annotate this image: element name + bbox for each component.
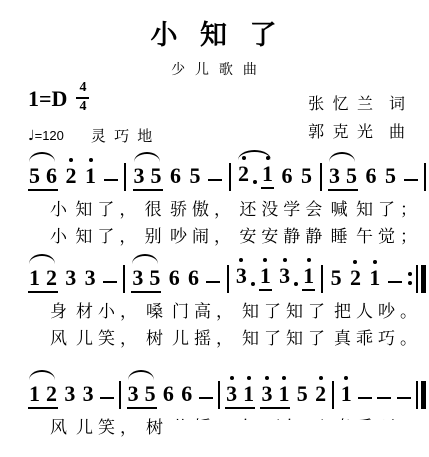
barline <box>218 381 220 409</box>
lyric-segment: 还没学会 <box>239 195 327 220</box>
lyric-segment: 风 <box>50 324 72 349</box>
key-and-tempo: 1=D 4 4 ♩=120 灵 巧 地 <box>28 83 152 145</box>
note: 1 <box>302 265 315 291</box>
barline <box>123 265 125 293</box>
note: 1 <box>28 383 41 407</box>
lyric-segment: 真乖巧。 <box>334 324 422 349</box>
lyric-segment: 午觉； <box>356 222 422 247</box>
note: 2 <box>349 267 362 293</box>
lyric-segment: 身 <box>50 297 72 322</box>
lyric-segment: 风 <box>50 413 72 438</box>
duration-dash <box>208 179 222 182</box>
note: 1 <box>277 383 290 407</box>
lyric-row: 小知了，很骄傲，还没学会喊知了； <box>50 195 422 220</box>
duration-dash <box>199 397 213 400</box>
note: 5 <box>345 165 358 189</box>
note: 2 <box>237 163 250 189</box>
duration-dash <box>206 281 220 284</box>
barline <box>424 163 426 191</box>
note: 5 <box>300 165 313 191</box>
lyricist-credit: 张 忆 兰 词 <box>308 91 405 119</box>
lyric-segment: 知了， <box>75 222 141 247</box>
tempo-expression: 灵 巧 地 <box>91 125 152 146</box>
repeat-dots <box>408 272 412 285</box>
lyric-segment: 吵闹， <box>170 222 236 247</box>
note: 3 <box>64 267 77 293</box>
key-signature: 1=D 4 4 <box>28 83 152 114</box>
lyric-segment: 知了知了 <box>242 324 330 349</box>
lyric-segment: 知了； <box>356 195 422 220</box>
quarter-note-icon: ♩ <box>28 128 35 144</box>
note: 3 <box>235 265 248 291</box>
thick-barline <box>421 381 426 409</box>
note: 5 <box>150 165 163 189</box>
composer-credit: 郭 克 光 曲 <box>308 119 405 147</box>
thin-barline <box>416 381 418 409</box>
note: 1 <box>368 267 381 293</box>
note: 6 <box>168 267 181 293</box>
lyric-segment: 安安静静 <box>239 222 327 247</box>
music-line: 5621356521653565 <box>28 149 426 191</box>
meter-denominator: 4 <box>79 100 86 115</box>
music-line: 123335663131521 <box>28 251 426 293</box>
note-group: 31 <box>260 383 290 409</box>
meter-numerator: 4 <box>79 81 86 96</box>
note: 1 <box>340 383 353 409</box>
note: 2 <box>45 267 58 291</box>
lyric-segment: 小 <box>50 195 72 220</box>
note: 3 <box>278 265 291 291</box>
tempo-marking: ♩=120 灵 巧 地 <box>28 125 152 146</box>
note: 5 <box>330 267 343 293</box>
lyric-segment: 知了知了 <box>242 297 330 322</box>
credits: 张 忆 兰 词 郭 克 光 曲 <box>308 83 405 145</box>
note: 6 <box>45 165 58 189</box>
note-group: 35 <box>328 165 358 191</box>
final-barline <box>416 381 426 409</box>
duration-dash <box>100 397 114 400</box>
note-group: 56 <box>28 165 58 191</box>
end-repeat-barline <box>408 265 426 293</box>
lyric-row: 风儿笑，树儿摇，知了知了真乖巧。 <box>50 324 422 349</box>
lyric-segment: 树 <box>146 413 168 438</box>
lyric-row: 小知了，别吵闹，安安静静睡午觉； <box>50 222 422 247</box>
lyric-segment: 骄傲， <box>170 195 236 220</box>
song-subtitle: 少 儿 歌 曲 <box>0 59 429 79</box>
key-tonic: 1=D <box>28 86 67 112</box>
lyric-segment: 嗓 <box>146 297 168 322</box>
note: 3 <box>328 165 341 189</box>
barline <box>229 163 231 191</box>
note: 3 <box>127 383 140 407</box>
sheet-music-page: 小 知 了 少 儿 歌 曲 1=D 4 4 ♩=120 灵 巧 地 张 忆 兰 … <box>0 0 429 457</box>
barline <box>320 163 322 191</box>
note: 5 <box>296 383 309 409</box>
note: 6 <box>187 267 200 293</box>
note: 5 <box>148 267 161 291</box>
lyric-segment: 知了， <box>75 195 141 220</box>
note: 3 <box>82 383 95 409</box>
duration-dash <box>404 179 418 182</box>
tempo-bpm: =120 <box>35 128 64 143</box>
barline <box>119 381 121 409</box>
note-group: 31 <box>278 265 315 293</box>
lyric-segment: 喊 <box>331 195 353 220</box>
note: 3 <box>84 267 97 293</box>
note-group: 12 <box>28 383 58 409</box>
duration-dash <box>388 281 402 284</box>
repeat-dot <box>408 281 412 285</box>
note-group: 35 <box>131 267 161 293</box>
note: 1 <box>242 383 255 407</box>
duration-dash <box>103 281 117 284</box>
lyric-segment: 门高， <box>172 297 238 322</box>
song-title: 小 知 了 <box>0 13 429 52</box>
note: 1 <box>28 267 41 291</box>
note-group: 12 <box>28 267 58 293</box>
music-line: 123335663131521 <box>28 367 426 409</box>
lyric-segment: 儿笑， <box>76 324 142 349</box>
note: 6 <box>365 165 378 191</box>
barline <box>124 163 126 191</box>
note-group: 35 <box>127 383 157 409</box>
note: 6 <box>180 383 193 409</box>
duration-dash <box>358 397 372 400</box>
note-group: 31 <box>235 265 272 293</box>
lyric-segment: 儿摇， <box>172 324 238 349</box>
note: 3 <box>225 383 238 407</box>
note: 2 <box>314 383 327 409</box>
lyric-segment: 别 <box>145 222 167 247</box>
note: 2 <box>45 383 58 407</box>
note: 6 <box>281 165 294 191</box>
note: 3 <box>63 383 76 409</box>
note: 5 <box>28 165 41 189</box>
note-group: 35 <box>133 165 163 191</box>
duration-dash <box>377 397 391 400</box>
augmentation-dot <box>251 282 255 286</box>
note: 5 <box>384 165 397 191</box>
lyric-segment: 把人吵。 <box>334 297 422 322</box>
bottom-crop-mask <box>170 420 429 457</box>
lyric-segment: 小 <box>50 222 72 247</box>
barline <box>227 265 229 293</box>
lyric-segment: 材小， <box>76 297 142 322</box>
note: 6 <box>169 165 182 191</box>
note: 2 <box>65 165 78 191</box>
note: 6 <box>162 383 175 409</box>
thick-barline <box>421 265 426 293</box>
barline <box>332 381 334 409</box>
duration-dash <box>104 179 118 182</box>
score: 5621356521653565小知了，很骄傲，还没学会喊知了；小知了，别吵闹，… <box>0 149 429 438</box>
note: 1 <box>261 163 274 189</box>
note-group: 31 <box>225 383 255 409</box>
lyric-row: 身材小，嗓门高，知了知了把人吵。 <box>50 297 422 322</box>
barline <box>321 265 323 293</box>
thin-barline <box>416 265 418 293</box>
note: 1 <box>259 265 272 291</box>
note-group: 21 <box>237 163 274 191</box>
note: 3 <box>260 383 273 407</box>
note: 3 <box>133 165 146 189</box>
time-signature: 4 4 <box>76 81 89 114</box>
note: 3 <box>131 267 144 291</box>
lyric-segment: 儿笑， <box>76 413 142 438</box>
duration-dash <box>397 397 411 400</box>
note: 1 <box>84 165 97 191</box>
augmentation-dot <box>253 180 257 184</box>
augmentation-dot <box>294 282 298 286</box>
lyric-segment: 睡 <box>331 222 353 247</box>
note: 5 <box>144 383 157 407</box>
lyric-segment: 树 <box>146 324 168 349</box>
meta-row: 1=D 4 4 ♩=120 灵 巧 地 张 忆 兰 词 郭 克 光 曲 <box>0 79 429 145</box>
note: 5 <box>189 165 202 191</box>
repeat-dot <box>408 272 412 276</box>
lyric-segment: 很 <box>145 195 167 220</box>
